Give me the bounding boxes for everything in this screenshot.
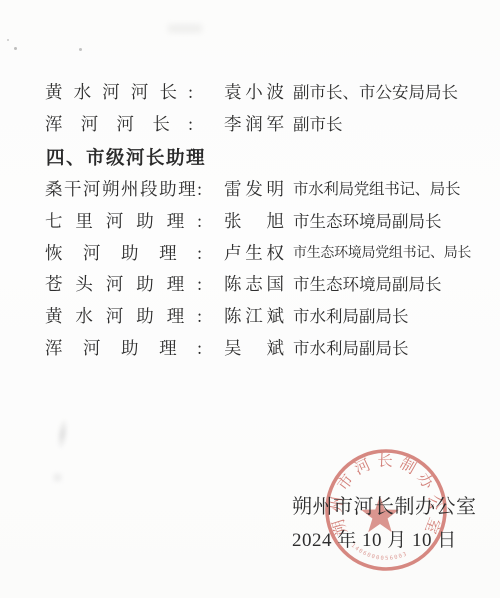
scan-speck (7, 39, 9, 41)
row-label: 恢河助理: (45, 238, 202, 270)
table-row: 恢河助理: 卢生权 市生态环境局党组书记、局长 (0, 238, 500, 270)
row-duty: 市水利局副局长 (293, 333, 409, 365)
row-name: 李润军 (224, 109, 284, 141)
row-duty: 市水利局副局长 (293, 301, 409, 333)
row-duty: 副市长 (293, 109, 343, 141)
row-label: 浑河河长: (45, 109, 193, 141)
table-row: 黄水河助理: 陈江斌 市水利局副局长 (0, 301, 500, 333)
table-row: 桑干河朔州段助理: 雷发明 市水利局党组书记、局长 (0, 174, 500, 206)
river-chief-list: 黄水河河长: 袁小波 副市长、市公安局局长 浑河河长: 李润军 副市长 (0, 77, 500, 141)
scan-smudge (53, 473, 62, 482)
row-label: 浑河助理: (45, 333, 202, 365)
row-label: 桑干河朔州段助理: (45, 174, 202, 206)
row-name: 陈志国 (224, 269, 284, 301)
row-label: 黄水河河长: (45, 77, 193, 109)
section-heading: 四、市级河长助理 (46, 144, 206, 170)
row-label: 黄水河助理: (45, 301, 202, 333)
scan-smudge (168, 24, 202, 33)
scan-speck (79, 48, 82, 51)
document-page: 黄水河河长: 袁小波 副市长、市公安局局长 浑河河长: 李润军 副市长 四、市级… (0, 0, 500, 598)
row-name: 袁小波 (224, 77, 284, 109)
table-row: 浑河河长: 李润军 副市长 (0, 109, 500, 141)
row-duty: 市生态环境局党组书记、局长 (293, 238, 471, 270)
row-duty: 市生态环境局副局长 (293, 269, 442, 301)
document-date: 2024 年 10 月 10 日 (292, 525, 457, 552)
assistant-list: 桑干河朔州段助理: 雷发明 市水利局党组书记、局长 七里河助理: 张旭 市生态环… (0, 174, 500, 365)
row-name: 雷发明 (224, 174, 284, 206)
row-duty: 市水利局党组书记、局长 (293, 174, 460, 206)
row-name: 陈江斌 (224, 301, 284, 333)
row-name: 吴斌 (224, 333, 284, 365)
issuing-office: 朔州市河长制办公室 (292, 490, 477, 519)
table-row: 黄水河河长: 袁小波 副市长、市公安局局长 (0, 77, 500, 109)
row-name: 张旭 (224, 206, 284, 238)
table-row: 浑河助理: 吴斌 市水利局副局长 (0, 333, 500, 365)
table-row: 七里河助理: 张旭 市生态环境局副局长 (0, 206, 500, 238)
row-label: 七里河助理: (45, 206, 202, 238)
row-duty: 市生态环境局副局长 (293, 206, 442, 238)
scan-smudge (55, 417, 70, 450)
scan-speck (14, 47, 17, 50)
row-name: 卢生权 (224, 238, 284, 270)
row-label: 苍头河助理: (45, 269, 202, 301)
table-row: 苍头河助理: 陈志国 市生态环境局副局长 (0, 269, 500, 301)
row-duty: 副市长、市公安局局长 (293, 77, 458, 109)
